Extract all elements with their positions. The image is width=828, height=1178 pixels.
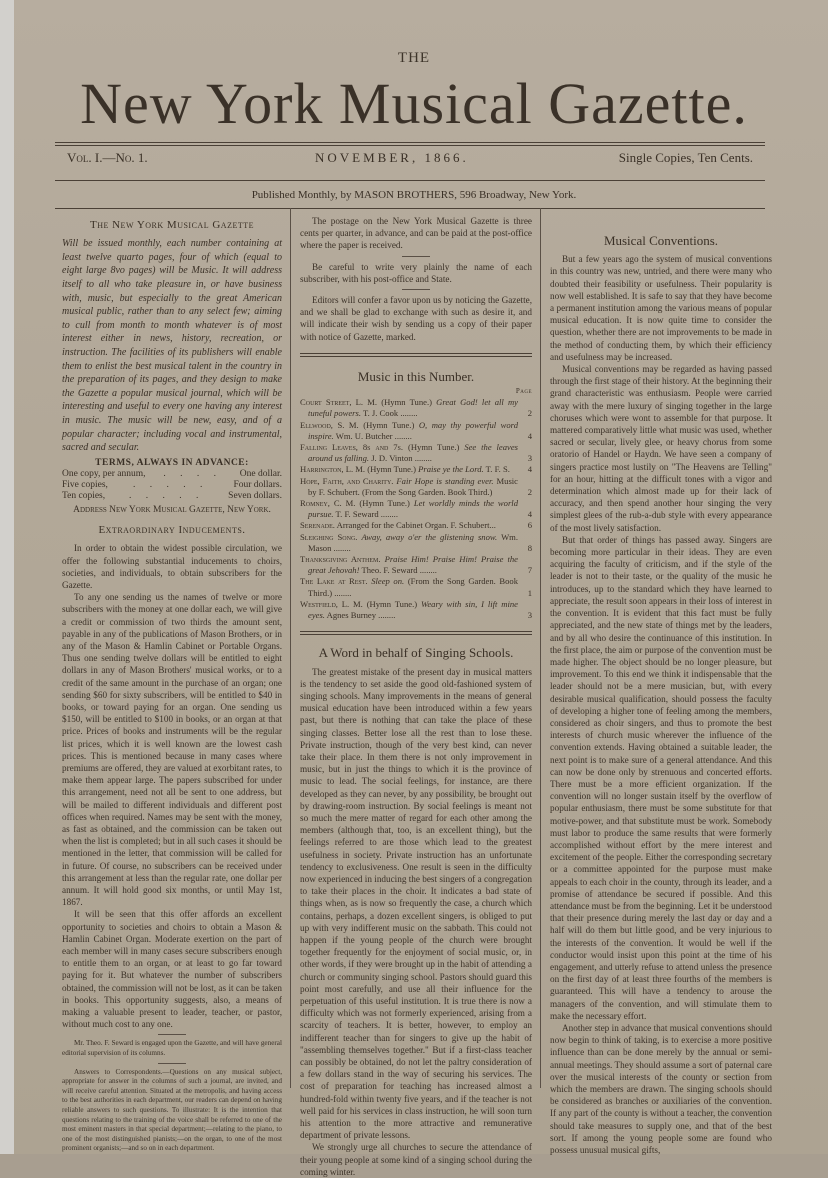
- answers-to-correspondents: Answers to Correspondents.—Questions on …: [62, 1068, 282, 1154]
- music-title: Westfield, L. M.: [300, 599, 363, 609]
- conventions-paragraph: But a few years ago the system of musica…: [550, 253, 772, 363]
- music-page: 3: [518, 610, 532, 621]
- music-page: 6: [518, 520, 532, 531]
- music-words: Fair Hope is standing ever.: [396, 476, 493, 486]
- music-title: Harrington, L. M.: [300, 464, 365, 474]
- music-item: Falling Leaves, 8s and 7s. (Hymn Tune.) …: [300, 442, 532, 464]
- music-item: Court Street, L. M. (Hymn Tune.) Great G…: [300, 397, 532, 419]
- musical-conventions-heading: Musical Conventions.: [550, 235, 772, 247]
- music-desc: (Hymn Tune.): [408, 442, 459, 452]
- page-column-label: Page: [300, 385, 532, 397]
- music-page: 4: [518, 464, 532, 475]
- seward-notice: Mr. Theo. F. Seward is engaged upon the …: [62, 1039, 282, 1058]
- music-title: Falling Leaves, 8s and 7s.: [300, 442, 403, 452]
- music-desc: (Hymn Tune.): [381, 397, 432, 407]
- careful-notice: Be careful to write very plainly the nam…: [300, 261, 532, 285]
- issue-date: NOVEMBER, 1866.: [315, 150, 469, 166]
- inducements-paragraph: To any one sending us the names of twelv…: [62, 591, 282, 908]
- short-divider: [158, 1063, 186, 1064]
- music-desc: (Hymn Tune.): [359, 498, 410, 508]
- music-author: Wm. U. Butcher: [336, 431, 393, 441]
- music-page: 4: [518, 431, 532, 442]
- short-divider: [402, 289, 430, 290]
- masthead-rule-top: [55, 142, 765, 146]
- music-page: 2: [518, 408, 532, 419]
- music-words: Away, away o'er the glistening snow.: [362, 532, 498, 542]
- music-item: Harrington, L. M. (Hymn Tune.) Praise ye…: [300, 464, 532, 475]
- terms-item: One copy, per annum,: [62, 469, 146, 480]
- music-page: 2: [518, 487, 532, 498]
- conventions-paragraph: Musical conventions may be regarded as h…: [550, 363, 772, 534]
- music-page: 8: [518, 543, 532, 554]
- section-rule: [300, 353, 532, 357]
- column-divider-1: [290, 208, 291, 1088]
- music-item: Sleighing Song. Away, away o'er the glis…: [300, 532, 532, 554]
- music-item: Ellwood, S. M. (Hymn Tune.) O, may thy p…: [300, 420, 532, 442]
- music-desc: (Hymn Tune.): [363, 420, 414, 430]
- column-3: Musical Conventions. But a few years ago…: [550, 215, 772, 1154]
- short-divider: [402, 256, 430, 257]
- music-desc: Arranged for the Cabinet Organ.: [337, 520, 449, 530]
- music-title: Sleighing Song.: [300, 532, 357, 542]
- conventions-paragraph: But that order of things has passed away…: [550, 534, 772, 1022]
- inducements-heading: Extraordinary Inducements.: [62, 524, 282, 536]
- subscription-address: Address New York Musical Gazette, New Yo…: [62, 504, 282, 516]
- publisher-line: Published Monthly, by MASON BROTHERS, 59…: [0, 189, 828, 201]
- music-title: Hope, Faith, and Charity.: [300, 476, 393, 486]
- section-rule: [300, 631, 532, 635]
- terms-row: Ten copies,. . . . .Seven dollars.: [62, 491, 282, 502]
- terms-item: Ten copies,: [62, 491, 105, 502]
- music-item: Westfield, L. M. (Hymn Tune.) Weary with…: [300, 599, 532, 621]
- terms-row: One copy, per annum,. . . .One dollar.: [62, 469, 282, 480]
- inducements-paragraph: It will be seen that this offer affords …: [62, 908, 282, 1030]
- masthead-the: THE: [0, 50, 828, 67]
- terms-heading: TERMS, ALWAYS IN ADVANCE:: [62, 457, 282, 469]
- postage-notice: The postage on the New York Musical Gaze…: [300, 215, 532, 252]
- leader-dots: . . . .: [146, 469, 240, 480]
- music-title: Romney, C. M.: [300, 498, 355, 508]
- terms-row: Five copies,. . . . .Four dollars.: [62, 480, 282, 491]
- music-author: F. Schubert: [451, 520, 490, 530]
- music-author: Agnes Burney: [327, 610, 376, 620]
- music-page: 7: [518, 565, 532, 576]
- terms-price: One dollar.: [240, 469, 282, 480]
- music-author: T. J. Cook: [363, 408, 398, 418]
- music-page: 4: [518, 509, 532, 520]
- music-item: Thanksgiving Anthem. Praise Him! Praise …: [300, 554, 532, 576]
- terms-price: Four dollars.: [233, 480, 282, 491]
- scan-background-edge: [0, 0, 14, 1154]
- terms-price: Seven dollars.: [228, 491, 282, 502]
- music-title: Serenade.: [300, 520, 335, 530]
- column-2: The postage on the New York Musical Gaze…: [300, 215, 532, 1154]
- gazette-intro-heading: The New York Musical Gazette: [62, 219, 282, 231]
- singing-schools-heading: A Word in behalf of Singing Schools.: [300, 647, 532, 659]
- short-divider: [158, 1034, 186, 1035]
- leader-dots: . . . . .: [105, 491, 228, 502]
- music-title: Thanksgiving Anthem.: [300, 554, 381, 564]
- editors-notice: Editors will confer a favor upon us by n…: [300, 294, 532, 343]
- terms-list: One copy, per annum,. . . .One dollar. F…: [62, 469, 282, 502]
- music-desc: (Hymn Tune.): [367, 464, 416, 474]
- music-author: J. D. Vinton: [371, 453, 412, 463]
- singing-schools-paragraph: The greatest mistake of the present day …: [300, 666, 532, 1142]
- leader-dots: . . . . .: [108, 480, 234, 491]
- music-title: The Lake at Rest.: [300, 576, 368, 586]
- dateline: Vol. I.—No. 1. NOVEMBER, 1866. Single Co…: [55, 150, 765, 170]
- column-1: The New York Musical Gazette Will be iss…: [62, 215, 282, 1154]
- music-title: Ellwood, S. M.: [300, 420, 359, 430]
- music-item: Serenade. Arranged for the Cabinet Organ…: [300, 520, 532, 531]
- music-author: Theo. F. Seward: [361, 565, 417, 575]
- music-words: Sleep on.: [371, 576, 404, 586]
- music-item: Hope, Faith, and Charity. Fair Hope is s…: [300, 476, 532, 498]
- volume-number: Vol. I.—No. 1.: [67, 150, 148, 166]
- music-item: Romney, C. M. (Hymn Tune.) Let worldly m…: [300, 498, 532, 520]
- music-desc: (Hymn Tune.): [367, 599, 417, 609]
- music-page: 1: [518, 588, 532, 599]
- music-author: T. F. S.: [486, 464, 510, 474]
- terms-item: Five copies,: [62, 480, 108, 491]
- inducements-paragraph: In order to obtain the widest possible c…: [62, 542, 282, 591]
- gazette-intro-text: Will be issued monthly, each number cont…: [62, 237, 282, 455]
- music-page: 3: [518, 453, 532, 464]
- music-title: Court Street, L. M.: [300, 397, 377, 407]
- masthead-rule-bottom: [55, 180, 765, 181]
- single-copy-price: Single Copies, Ten Cents.: [619, 150, 753, 166]
- singing-schools-paragraph: We strongly urge all churches to secure …: [300, 1141, 532, 1154]
- music-author: T. F. Seward: [336, 509, 379, 519]
- music-contents-list: Court Street, L. M. (Hymn Tune.) Great G…: [300, 397, 532, 621]
- masthead-title: New York Musical Gazette.: [0, 70, 828, 137]
- music-words: Praise ye the Lord.: [418, 464, 484, 474]
- column-divider-2: [540, 208, 541, 1088]
- columns-top-rule: [55, 208, 765, 209]
- music-contents-heading: Music in this Number.: [300, 371, 532, 383]
- conventions-paragraph: Another step in advance that musical con…: [550, 1022, 772, 1154]
- music-item: The Lake at Rest. Sleep on. (From the So…: [300, 576, 532, 598]
